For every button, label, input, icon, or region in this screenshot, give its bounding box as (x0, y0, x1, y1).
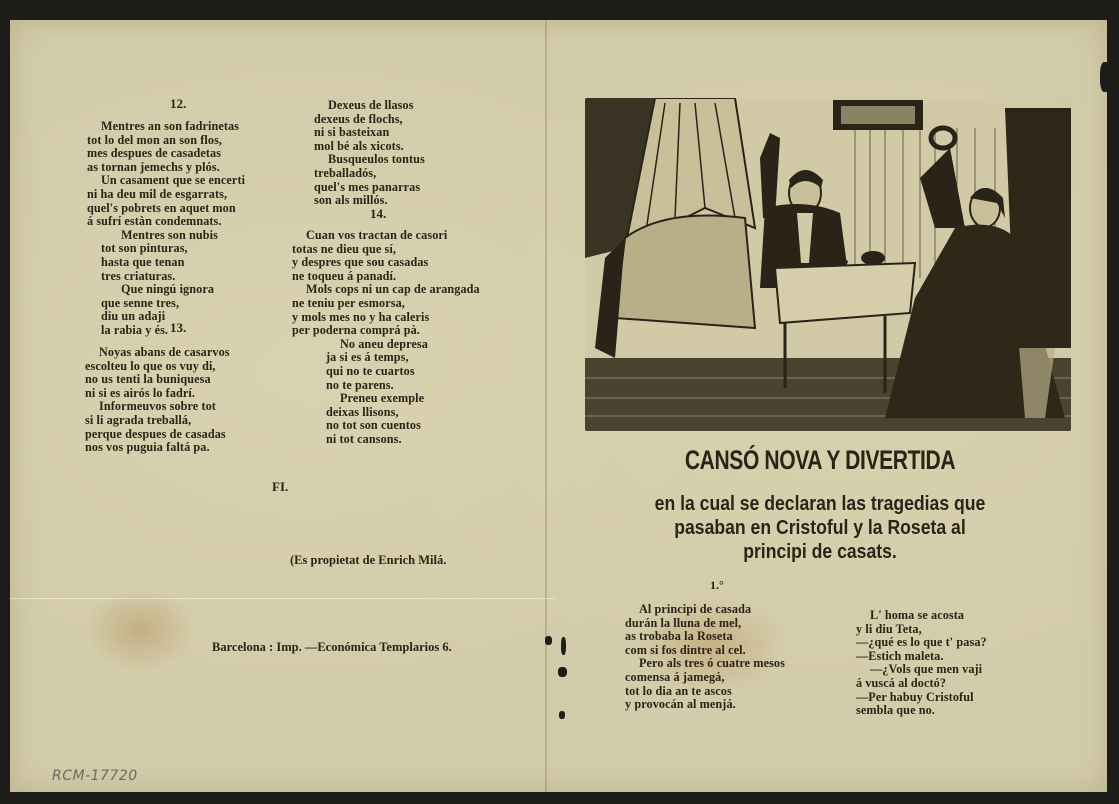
verse-line: Mentres son nubis (87, 229, 245, 243)
paper-hole (561, 637, 566, 655)
song-subtitle: en la cual se declaran las tragedias que… (600, 492, 1040, 564)
verse-line: Busqueulos tontus (314, 153, 425, 167)
stanza-12: Mentres an son fadrinetas tot lo del mon… (87, 120, 245, 338)
ownership-note: (Es propietat de Enrich Milá. (290, 553, 446, 568)
woodcut-couple-scene-icon (585, 98, 1071, 431)
verse-line: —Estich maleta. (856, 650, 987, 664)
verse-line: perque despues de casadas (85, 428, 230, 442)
subtitle-line: principi de casats. (626, 540, 1013, 564)
verse-line: mes despues de casadetas (87, 147, 245, 161)
verse-line: que senne tres, (87, 297, 245, 311)
verse-line: no tot son cuentos (292, 419, 480, 433)
verse-line: si li agrada treballá, (85, 414, 230, 428)
archive-pencil-mark: RCM-17720 (52, 768, 138, 784)
verse-line: diu un adaji (87, 310, 245, 324)
paper-hole (559, 711, 565, 719)
verse-line: y despres que sou casadas (292, 256, 480, 270)
verse-line: qui no te cuartos (292, 365, 480, 379)
verse-line: no us tenti la buniquesa (85, 373, 230, 387)
stanza-1-right: L' homa se acosta y li diu Teta, —¿qué e… (856, 609, 987, 718)
verse-line: sembla que no. (856, 704, 987, 718)
song-title: CANSÓ NOVA Y DIVERTIDA (648, 445, 991, 476)
verse-line: No aneu depresa (292, 338, 480, 352)
verse-line: Dexeus de llasos (314, 99, 425, 113)
subtitle-line: pasaban en Cristoful y la Roseta al (626, 516, 1013, 540)
paper-edge-tear (1100, 62, 1110, 92)
verse-line: quel's pobrets en aquet mon (87, 202, 245, 216)
verse-line: ne toqueu á panadí. (292, 270, 480, 284)
verse-line: á vuscá al doctó? (856, 677, 987, 691)
verse-line: á sufrí estàn condemnats. (87, 215, 245, 229)
verse-line: tot son pinturas, (87, 242, 245, 256)
verse-line: tot lo del mon an son flos, (87, 134, 245, 148)
verse-line: y li diu Teta, (856, 623, 987, 637)
verse-line: —Per habuy Cristoful (856, 691, 987, 705)
verse-line: nos vos puguia faltá pa. (85, 441, 230, 455)
verse-line: Al principi de casada (625, 603, 785, 617)
verse-line: deixas llisons, (292, 406, 480, 420)
verse-line: hasta que tenan (87, 256, 245, 270)
verse-line: ni si basteixan (314, 126, 425, 140)
verse-line: treballadós, (314, 167, 425, 181)
paper-hole (558, 667, 567, 677)
verse-line: L' homa se acosta (856, 609, 987, 623)
subtitle-line: en la cual se declaran las tragedias que (626, 492, 1013, 516)
verse-line: comensa á jamegá, (625, 671, 785, 685)
stanza-13: Noyas abans de casarvos escolteu lo que … (85, 346, 230, 455)
verse-line: mol bé als xicots. (314, 140, 425, 154)
verse-line: com si fos dintre al cel. (625, 644, 785, 658)
paper-hole (545, 636, 552, 645)
verse-line: tot lo dia an te ascos (625, 685, 785, 699)
verse-line: Que ningú ignora (87, 283, 245, 297)
verse-line: ni tot cansons. (292, 433, 480, 447)
verse-line: ni ha deu mil de esgarrats, (87, 188, 245, 202)
verse-line: dexeus de flochs, (314, 113, 425, 127)
verse-line: Cuan vos tractan de casori (292, 229, 480, 243)
verse-line: totas ne dieu que sí, (292, 243, 480, 257)
verse-line: as trobaba la Roseta (625, 630, 785, 644)
verse-line: Mentres an son fadrinetas (87, 120, 245, 134)
verse-line: escolteu lo que os vuy di, (85, 360, 230, 374)
stanza-12-number: 12. (170, 96, 186, 112)
stanza-13-number: 13. (170, 320, 186, 336)
verse-line: ni si es airós lo fadrí. (85, 387, 230, 401)
verse-line: Noyas abans de casarvos (85, 346, 230, 360)
verse-line: tres criaturas. (87, 270, 245, 284)
verse-line: y mols mes no y ha caleris (292, 311, 480, 325)
verse-line: as tornan jemechs y plós. (87, 161, 245, 175)
stanza-13-continued: Dexeus de llasos dexeus de flochs, ni si… (314, 99, 425, 208)
verse-line: quel's mes panarras (314, 181, 425, 195)
verse-line: la rabia y és. (87, 324, 245, 338)
end-mark: FI. (272, 479, 288, 495)
verse-line: per poderna comprá pà. (292, 324, 480, 338)
printer-imprint: Barcelona : Imp. —Económica Templarios 6… (212, 640, 452, 655)
verse-line: —¿qué es lo que t' pasa? (856, 636, 987, 650)
stanza-1-number: 1.° (710, 578, 724, 593)
verse-line: durán la lluna de mel, (625, 617, 785, 631)
verse-line: ja si es á temps, (292, 351, 480, 365)
verse-line: Informeuvos sobre tot (85, 400, 230, 414)
verse-line: Un casament que se encerti (87, 174, 245, 188)
verse-line: Preneu exemple (292, 392, 480, 406)
verse-line: y provocán al menjá. (625, 698, 785, 712)
horizontal-crease (10, 598, 555, 599)
verse-line: no te parens. (292, 379, 480, 393)
stanza-14: Cuan vos tractan de casori totas ne dieu… (292, 229, 480, 447)
verse-line: Mols cops ni un cap de arangada (292, 283, 480, 297)
stanza-1-left: Al principi de casada durán la lluna de … (625, 603, 785, 712)
woodcut-illustration (585, 98, 1071, 431)
stanza-14-number: 14. (370, 206, 386, 222)
center-fold (545, 20, 547, 792)
verse-line: —¿Vols que men vaji (856, 663, 987, 677)
verse-line: ne teniu per esmorsa, (292, 297, 480, 311)
verse-line: Pero als tres ó cuatre mesos (625, 657, 785, 671)
